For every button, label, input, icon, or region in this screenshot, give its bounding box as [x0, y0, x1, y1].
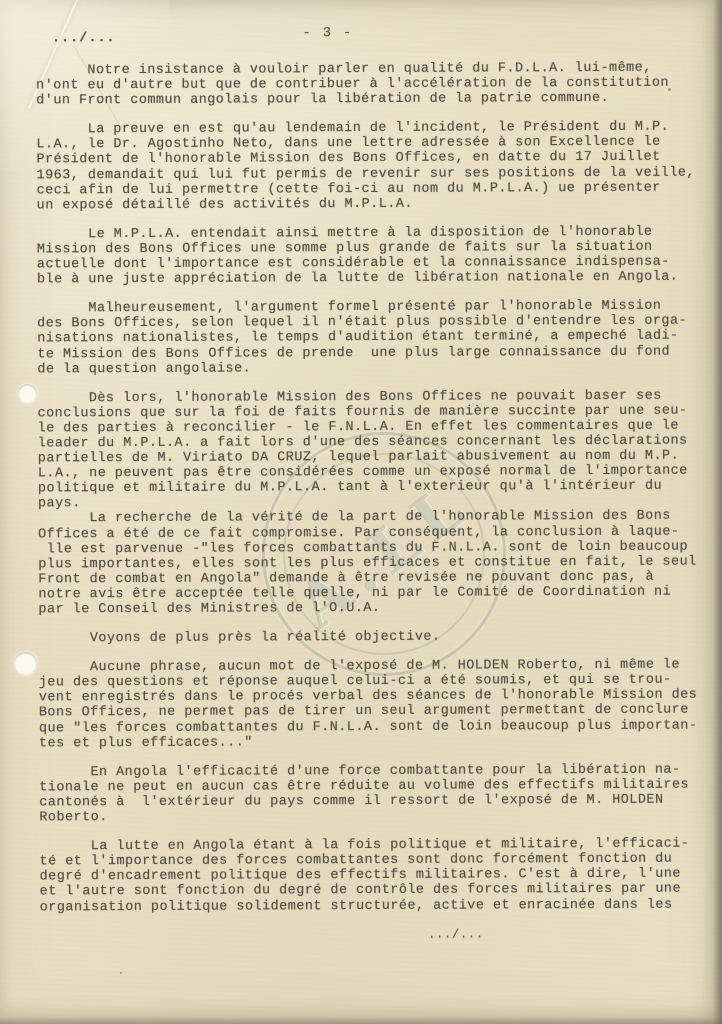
- paragraph: Notre insistance à vouloir parler en qua…: [36, 61, 696, 109]
- paragraph: La lutte en Angola étant à la fois polit…: [39, 837, 699, 915]
- document-text: .../... - 3 - Notre insistance à vouloir…: [0, 0, 722, 1024]
- scanned-document-page: A.LL .../... - 3 - Notre insistance à vo…: [0, 0, 722, 1024]
- paragraph: Le M.P.L.A. entendait ainsi mettre à la …: [37, 224, 697, 287]
- page-header: .../... - 3 -: [36, 25, 696, 43]
- paragraph: Voyons de plus près la réalité objective…: [39, 629, 699, 647]
- paragraph: La preuve en est qu'au lendemain de l'in…: [36, 120, 696, 213]
- paragraph: La recherche de la vérité de la part de …: [38, 509, 698, 618]
- page-number: - 3 -: [0, 25, 658, 43]
- paragraph: Dès lors, l'honorable Mission des Bons O…: [37, 388, 698, 512]
- paragraph: En Angola l'efficacité d'une force comba…: [39, 762, 699, 825]
- paragraph: Aucune phrase, aucun mot de l'exposé de …: [39, 658, 699, 751]
- paragraph: Malheureusement, l'argument formel prése…: [37, 299, 697, 377]
- continuation-marker-bottom: .../...: [126, 926, 722, 944]
